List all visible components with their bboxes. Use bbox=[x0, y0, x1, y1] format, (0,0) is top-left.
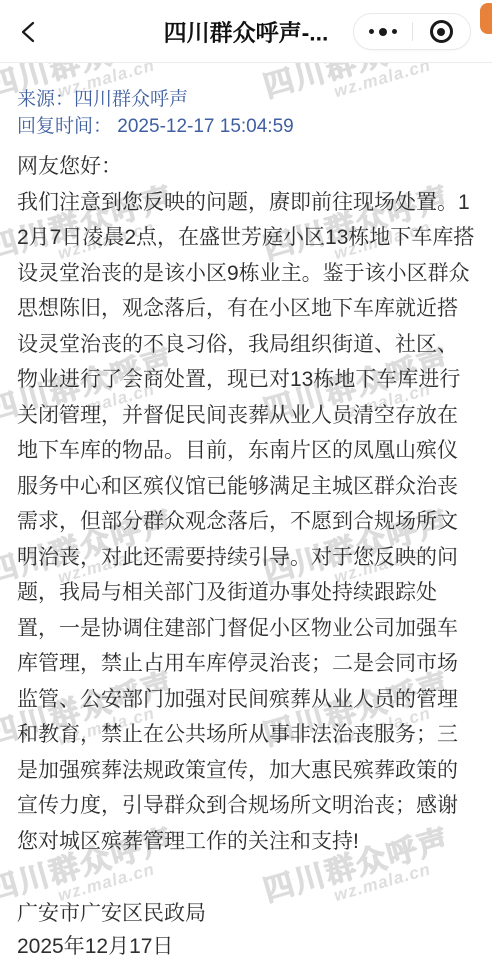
page-title: 四川群众呼声-... bbox=[164, 15, 329, 48]
signature-department: 广安市广安区民政局 bbox=[17, 897, 475, 930]
reply-content: 来源：四川群众呼声 回复时间： 2025-12-17 15:04:59 网友您好… bbox=[0, 86, 492, 960]
close-button[interactable] bbox=[413, 14, 471, 49]
back-button[interactable] bbox=[12, 16, 46, 48]
reply-time-value: 2025-12-17 15:04:59 bbox=[117, 116, 293, 137]
navbar: 四川群众呼声-... bbox=[0, 0, 492, 63]
circled-dot-icon bbox=[430, 20, 453, 43]
reply-time-label: 回复时间： bbox=[17, 116, 112, 137]
greeting-text: 网友您好： bbox=[17, 149, 475, 185]
three-dots-icon bbox=[369, 28, 397, 36]
miniprogram-capsule bbox=[353, 13, 471, 50]
source-value: 四川群众呼声 bbox=[74, 89, 188, 110]
signature-date: 2025年12月17日 bbox=[17, 930, 475, 960]
reply-paragraph: 我们注意到您反映的问题，赓即前往现场处置。12月7日凌晨2点，在盛世芳庭小区13… bbox=[17, 185, 475, 860]
source-label: 来源： bbox=[17, 89, 74, 110]
source-row: 来源：四川群众呼声 bbox=[17, 86, 475, 113]
reply-meta: 来源：四川群众呼声 回复时间： 2025-12-17 15:04:59 bbox=[17, 86, 475, 140]
more-button[interactable] bbox=[354, 14, 412, 49]
chevron-left-icon bbox=[19, 21, 39, 43]
reply-time-row: 回复时间： 2025-12-17 15:04:59 bbox=[17, 113, 475, 140]
reply-body: 网友您好： 我们注意到您反映的问题，赓即前往现场处置。12月7日凌晨2点，在盛世… bbox=[17, 149, 475, 859]
floating-badge[interactable] bbox=[480, 3, 492, 34]
mini-program-screen: 四川群众呼声wz.mala.cn四川群众呼声wz.mala.cn四川群众呼声wz… bbox=[0, 0, 492, 960]
signature-block: 广安市广安区民政局 2025年12月17日 bbox=[17, 897, 475, 960]
